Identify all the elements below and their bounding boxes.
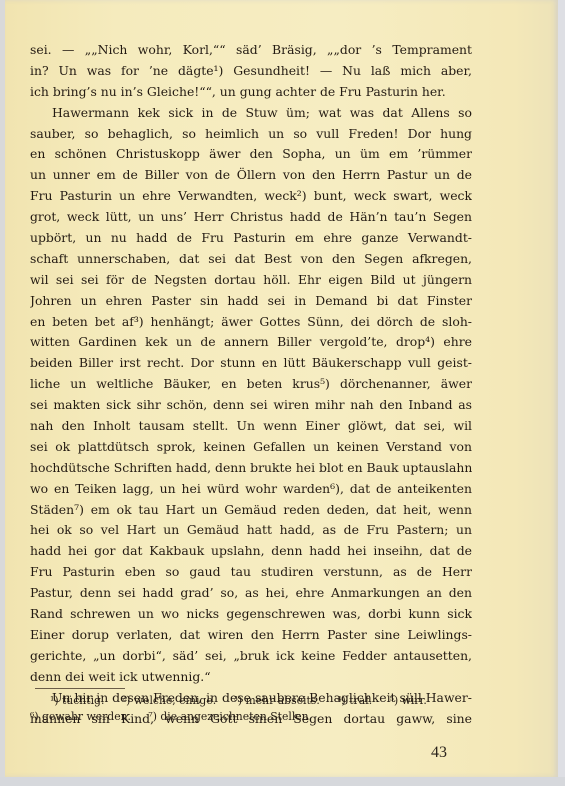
- footnote-line: ⁶) gewahr werden. ⁷) die angezeichneten …: [30, 709, 475, 725]
- text-line: sei makten sick sihr schön, denn sei wir…: [30, 395, 472, 416]
- document-viewer: sei. — „„Nich wohr, Korl,““ säd’ Bräsig,…: [0, 0, 565, 786]
- text-line: un unner em de Biller von de Öllern von …: [30, 165, 472, 186]
- text-line: hei ok so vel Hart un Gemäud hatt hadd, …: [30, 520, 472, 541]
- text-line: upbört, un nu hadd de Fru Pasturin em eh…: [30, 228, 472, 249]
- text-line: ich bring’s nu in’s Gleiche!““, un gung …: [30, 82, 472, 103]
- text-line: Fru Pasturin eben so gaud tau studiren v…: [30, 562, 472, 583]
- text-line: in? Un was for ’ne dägte¹) Gesundheit! —…: [30, 61, 472, 82]
- paragraph-start-line: Hawermann kek sick in de Stuw üm; wat wa…: [30, 103, 472, 124]
- text-line: grot, weck lütt, un uns’ Herr Christus h…: [30, 207, 472, 228]
- footnote-4: ⁴) traf.: [337, 694, 372, 707]
- text-line: wil sei sei för de Negsten dortau höll. …: [30, 270, 472, 291]
- text-line: Johren un ehren Paster sin hadd sei in D…: [30, 291, 472, 312]
- viewer-right-edge: [558, 0, 565, 786]
- text-line: Einer dorup verlaten, dat wiren den Herr…: [30, 625, 472, 646]
- footnote-6: ⁶) gewahr werden.: [30, 710, 131, 723]
- text-line: wo en Teiken lagg, un hei würd wohr ward…: [30, 479, 472, 500]
- footnote-5: ⁵) wirr.: [390, 694, 427, 707]
- text-line: Fru Pasturin un ehre Verwandten, weck²) …: [30, 186, 472, 207]
- text-line: Pastur, denn sei hadd grad’ so, as hei, …: [30, 583, 472, 604]
- text-line: sei ok plattdütsch sprok, keinen Gefalle…: [30, 437, 472, 458]
- text-line: sei. — „„Nich wohr, Korl,““ säd’ Bräsig,…: [30, 40, 472, 61]
- text-line: witten Gardinen kek un de annern Biller …: [30, 332, 472, 353]
- book-page: sei. — „„Nich wohr, Korl,““ säd’ Bräsig,…: [5, 0, 558, 777]
- text-line: en beten bet af³) henhängt; äwer Gottes …: [30, 312, 472, 333]
- viewer-bottom-edge: [0, 777, 565, 786]
- footnote-1: ¹) tüchtig.: [50, 694, 104, 707]
- text-line: beiden Biller irst recht. Dor stunn en l…: [30, 353, 472, 374]
- text-line: hochdütsche Schriften hadd, denn brukte …: [30, 458, 472, 479]
- text-line: liche un weltliche Bäuker, en beten krus…: [30, 374, 472, 395]
- text-line: denn dei weit ick utwennig.“: [30, 667, 472, 688]
- footnote-3: ³) mehr abseits.: [234, 694, 320, 707]
- footnote-7: ⁷) die angezeichneten Stellen.: [148, 710, 312, 723]
- text-line: nah den Inholt tausam stellt. Un wenn Ei…: [30, 416, 472, 437]
- page-number: 43: [431, 744, 447, 762]
- text-line: sauber, so behaglich, so heimlich un so …: [30, 124, 472, 145]
- footnotes: ¹) tüchtig. ²) welche, einige. ³) mehr a…: [30, 693, 475, 725]
- body-text: sei. — „„Nich wohr, Korl,““ säd’ Bräsig,…: [30, 40, 472, 729]
- text-line: Rand schrewen un wo nicks gegenschrewen …: [30, 604, 472, 625]
- footnote-divider: [35, 688, 125, 689]
- text-line: en schönen Christuskopp äwer den Sopha, …: [30, 144, 472, 165]
- text-line: hadd hei gor dat Kakbauk upslahn, denn h…: [30, 541, 472, 562]
- text-line: schaft unnerschaben, dat sei dat Best vo…: [30, 249, 472, 270]
- text-line: gerichte, „un dorbi“, säd’ sei, „bruk ic…: [30, 646, 472, 667]
- footnote-line: ¹) tüchtig. ²) welche, einige. ³) mehr a…: [30, 693, 475, 709]
- text-line: Städen⁷) em ok tau Hart un Gemäud reden …: [30, 500, 472, 521]
- footnote-2: ²) welche, einige.: [122, 694, 216, 707]
